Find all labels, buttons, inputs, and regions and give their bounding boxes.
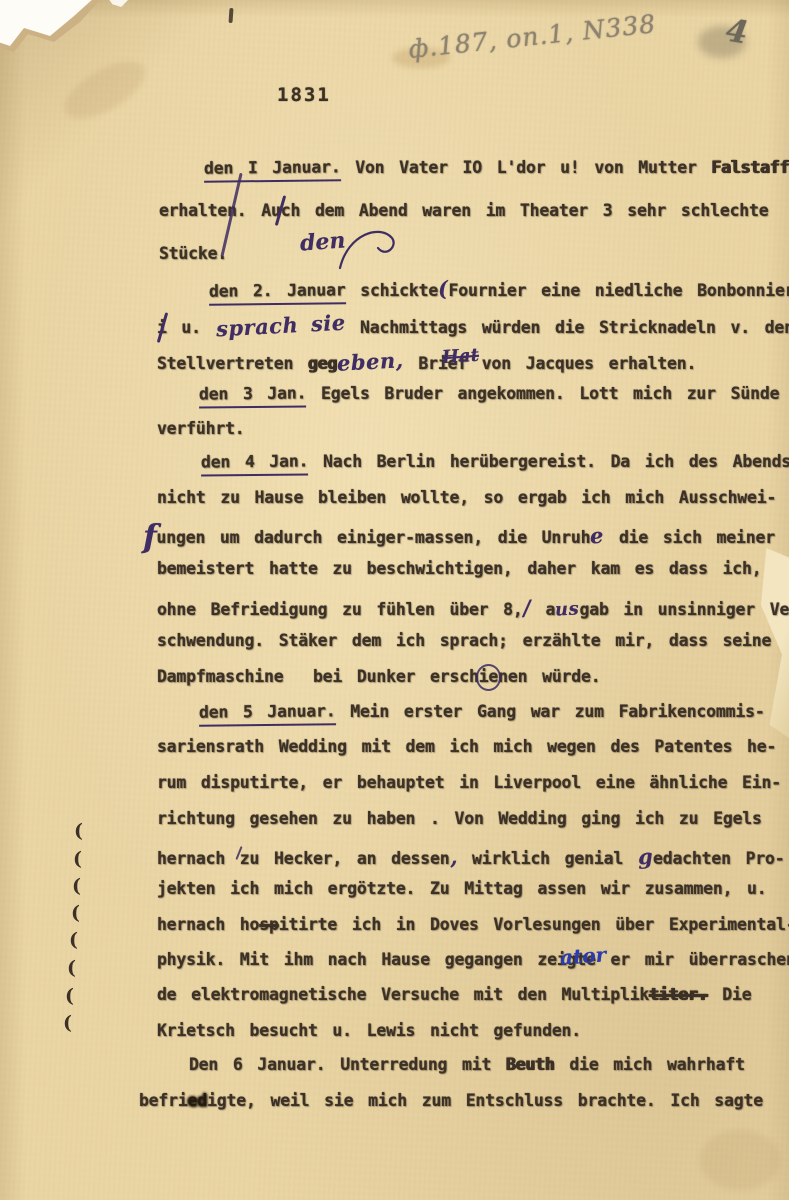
margin-paren-mark: ( <box>69 929 78 951</box>
typed-text: de elektromagnetische Versuche mit den M… <box>157 985 649 1004</box>
blue-ink-insertion: ator <box>559 942 607 969</box>
margin-paren-mark: ( <box>72 875 81 897</box>
typed-text: rum disputirte, er behauptet in Liverpoo… <box>157 773 781 792</box>
struck-word: Auch <box>261 201 300 220</box>
typed-text: jekten ich mich ergötzte. Zu Mittag asse… <box>157 879 767 898</box>
ink-insertion-word-struck: Hat <box>441 345 479 369</box>
typed-text: bemeistert hatte zu beschwichtigen, dahe… <box>157 559 762 578</box>
typed-text: Von Vater IO L'dor u! von Mutter <box>340 158 711 177</box>
margin-paren-mark: ( <box>71 902 80 924</box>
overtyped-word: Falstaff <box>711 158 789 177</box>
typed-text: Den 6 Januar. Unterredung mit <box>189 1055 506 1074</box>
overtyped-word: Beuth <box>506 1055 555 1074</box>
date-heading: den I Januar. <box>204 158 341 182</box>
paper-stain <box>700 1130 780 1190</box>
document-page: ф.187, оп.1, N338 4 1831 den I Januar. V… <box>0 0 789 1200</box>
typed-text: sariensrath Wedding mit dem ich mich weg… <box>157 737 776 756</box>
typed-text: schwendung. Stäker dem ich sprach; erzäh… <box>157 631 771 650</box>
typed-line: befriedigte, weil sie mich zum Entschlus… <box>80 1073 763 1130</box>
typed-text: igte, weil sie mich zum Entschluss brach… <box>207 1091 763 1110</box>
ink-blotted-letters: ed <box>188 1091 207 1110</box>
margin-paren-mark: ( <box>65 985 74 1007</box>
struck-letters: titer. <box>649 985 707 1004</box>
year-heading: 1831 <box>277 84 331 106</box>
margin-paren-mark: ( <box>74 820 83 842</box>
typed-text: Egels Bruder angekommen. Lott mich zur S… <box>306 384 779 403</box>
margin-paren-mark: ( <box>67 957 76 979</box>
margin-paren-mark: ( <box>73 848 82 870</box>
typed-text: erhalten. <box>159 201 261 220</box>
typed-text: dem Abend waren im Theater 3 sehr schlec… <box>300 201 768 220</box>
typed-text: die mich wahrhaft <box>555 1055 745 1074</box>
margin-paren-mark: ( <box>63 1012 72 1034</box>
typed-text: Die <box>708 985 752 1004</box>
typed-text: Nach Berlin herübergereist. Da ich des A… <box>308 452 789 471</box>
typed-text: befri <box>139 1091 188 1110</box>
